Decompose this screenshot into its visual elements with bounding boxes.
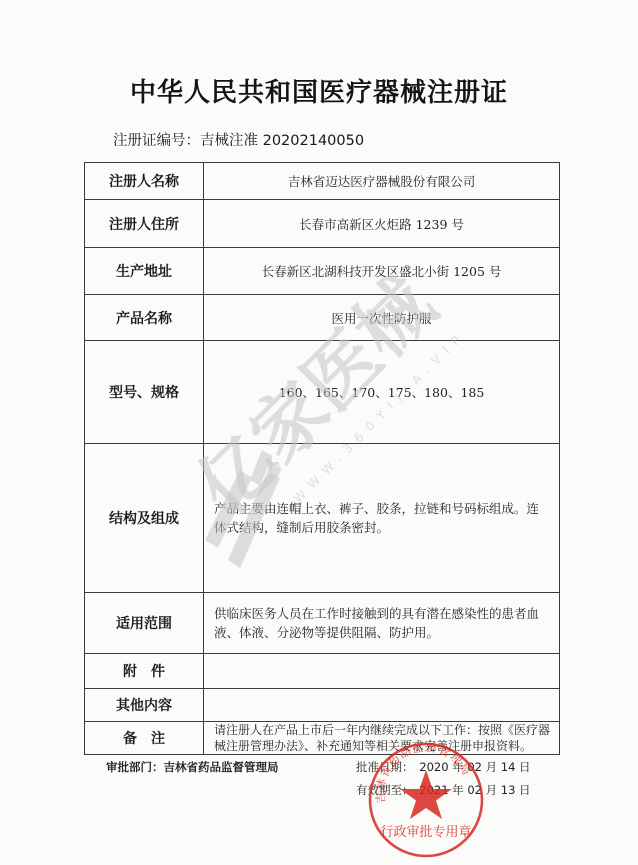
remarks: 请注册人在产品上市后一年内继续完成以下工作：按照《医疗器械注册管理办法》、补充通… — [204, 722, 560, 755]
certificate-number-value: 吉械注准 20202140050 — [200, 133, 364, 149]
structure-composition: 产品主要由连帽上衣、裤子、胶条，拉链和号码标组成。连体式结构，缝制后用胶条密封。 — [204, 444, 560, 593]
table-row: 注册人名称 吉林省迈达医疗器械股份有限公司 — [85, 163, 560, 200]
certificate-number-label: 注册证编号： — [113, 133, 200, 149]
table-row: 备 注 请注册人在产品上市后一年内继续完成以下工作：按照《医疗器械注册管理办法》… — [85, 722, 560, 755]
row-label: 结构及组成 — [85, 444, 204, 593]
table-row: 生产地址 长春新区北湖科技开发区盛北小街 1205 号 — [85, 248, 560, 295]
table-row: 附 件 — [85, 654, 560, 689]
approval-department: 审批部门：吉林省药品监督管理局 — [106, 759, 279, 775]
table-row: 注册人住所 长春市高新区火炬路 1239 号 — [85, 200, 560, 248]
row-label: 其他内容 — [85, 689, 204, 722]
row-label: 注册人名称 — [85, 163, 204, 200]
model-spec: 160、165、170、175、180、185 — [204, 341, 560, 444]
product-name: 医用一次性防护服 — [204, 295, 560, 341]
table-row: 产品名称 医用一次性防护服 — [85, 295, 560, 341]
certificate-number: 注册证编号：吉械注准 20202140050 — [113, 129, 364, 150]
table-row: 型号、规格 160、165、170、175、180、185 — [85, 341, 560, 444]
row-label: 附 件 — [85, 654, 204, 689]
row-label: 产品名称 — [85, 295, 204, 341]
attachments — [204, 654, 560, 689]
table-row: 适用范围 供临床医务人员在工作时接触到的具有潜在感染性的患者血液、体液、分泌物等… — [85, 593, 560, 654]
valid-until-date: 有效期至： 2021 年 02 月 13 日 — [356, 782, 531, 798]
official-seal-icon: 吉林省药品监督管理局 行政审批专用章 — [366, 740, 486, 860]
registration-table: 注册人名称 吉林省迈达医疗器械股份有限公司 注册人住所 长春市高新区火炬路 12… — [84, 162, 560, 755]
other-content — [204, 689, 560, 722]
row-label: 生产地址 — [85, 248, 204, 295]
table-row: 结构及组成 产品主要由连帽上衣、裤子、胶条，拉链和号码标组成。连体式结构，缝制后… — [85, 444, 560, 593]
scope-of-application: 供临床医务人员在工作时接触到的具有潜在感染性的患者血液、体液、分泌物等提供阻隔、… — [204, 593, 560, 654]
production-address: 长春新区北湖科技开发区盛北小街 1205 号 — [204, 248, 560, 295]
row-label: 型号、规格 — [85, 341, 204, 444]
table-row: 其他内容 — [85, 689, 560, 722]
approval-date: 批准日期： 2020 年 02 月 14 日 — [356, 759, 531, 775]
seal-bottom-text: 行政审批专用章 — [380, 824, 471, 840]
row-label: 适用范围 — [85, 593, 204, 654]
registrant-address: 长春市高新区火炬路 1239 号 — [204, 200, 560, 248]
registrant-name: 吉林省迈达医疗器械股份有限公司 — [204, 163, 560, 200]
row-label: 注册人住所 — [85, 200, 204, 248]
row-label: 备 注 — [85, 722, 204, 755]
document-title: 中华人民共和国医疗器械注册证 — [0, 72, 638, 109]
